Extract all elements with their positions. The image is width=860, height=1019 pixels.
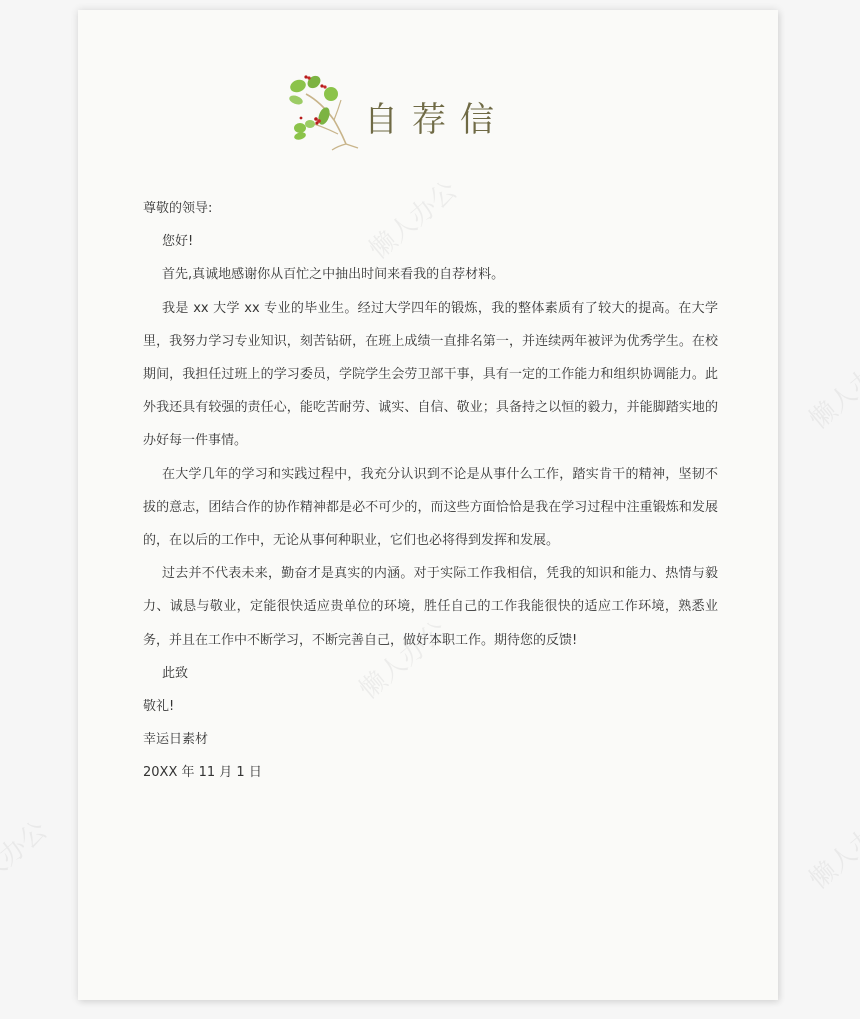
watermark: 懒人办公 bbox=[0, 811, 54, 906]
paragraph-3: 在大学几年的学习和实践过程中，我充分认识到不论是从事什么工作，踏实肯干的精神，坚… bbox=[143, 458, 718, 558]
paragraph-2: 我是 xx 大学 xx 专业的毕业生。经过大学四年的锻炼，我的整体素质有了较大的… bbox=[143, 292, 718, 458]
watermark: 懒人办公 bbox=[800, 341, 860, 436]
closing-1: 此致 bbox=[143, 657, 718, 690]
greeting: 您好! bbox=[143, 225, 718, 258]
closing-2: 敬礼! bbox=[143, 690, 718, 723]
paragraph-1: 首先,真诚地感谢你从百忙之中抽出时间来看我的自荐材料。 bbox=[143, 258, 718, 291]
leaf-branch-icon bbox=[286, 72, 361, 152]
signature: 幸运日素材 bbox=[143, 723, 718, 756]
letter-body: 尊敬的领导: 您好! 首先,真诚地感谢你从百忙之中抽出时间来看我的自荐材料。 我… bbox=[143, 192, 718, 790]
salutation: 尊敬的领导: bbox=[143, 192, 718, 225]
letter-page: 自荐信 尊敬的领导: 您好! 首先,真诚地感谢你从百忙之中抽出时间来看我的自荐材… bbox=[78, 10, 778, 1000]
letter-header: 自荐信 bbox=[286, 72, 516, 152]
paragraph-4: 过去并不代表未来，勤奋才是真实的内涵。对于实际工作我相信，凭我的知识和能力、热情… bbox=[143, 557, 718, 657]
date: 20XX 年 11 月 1 日 bbox=[143, 756, 718, 789]
letter-title: 自荐信 bbox=[364, 92, 508, 141]
watermark: 懒人办公 bbox=[800, 801, 860, 896]
